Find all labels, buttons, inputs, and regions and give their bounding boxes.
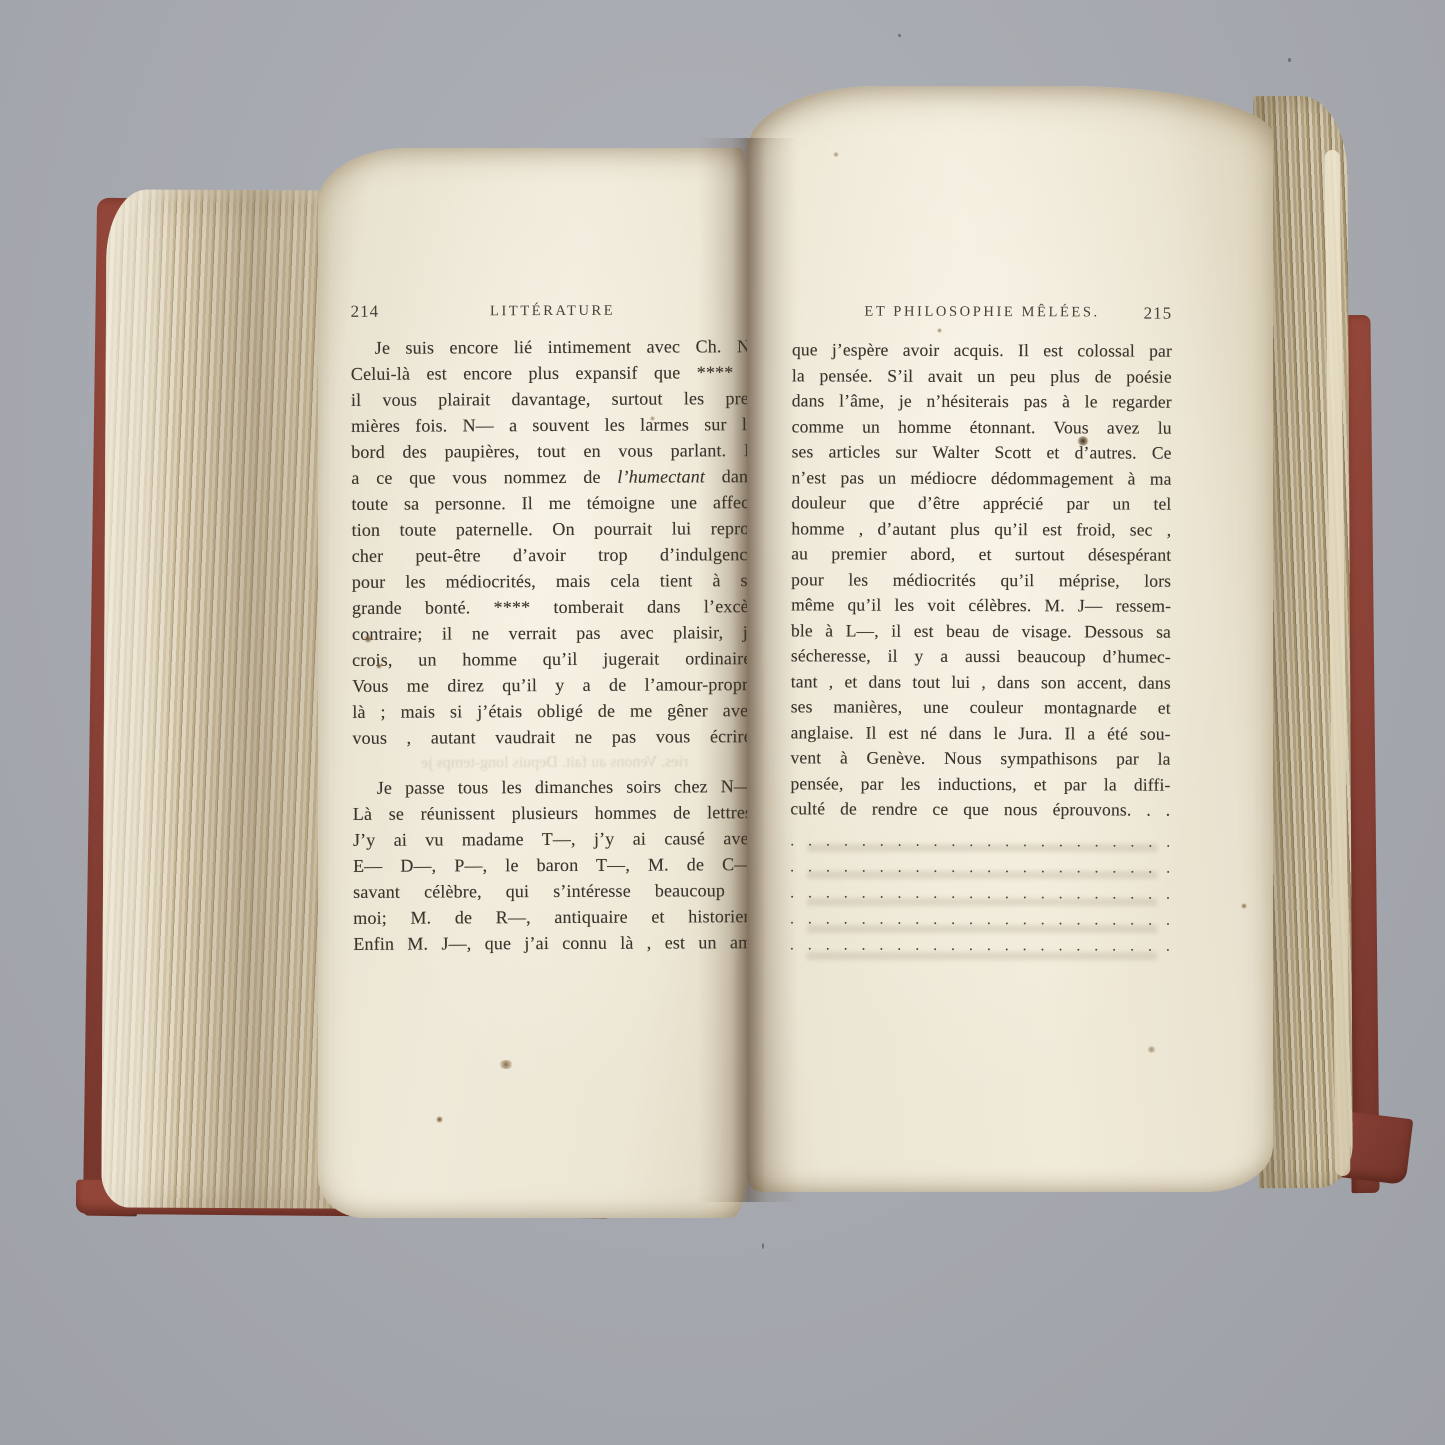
text-line: que j’espère avoir acquis. Il est coloss…: [792, 337, 1172, 364]
text-line: contraire; il ne verrait pas avec plaisi…: [352, 619, 756, 647]
foxing-spot: [498, 1060, 514, 1069]
text-line: savant célèbre, qui s’intéresse beaucoup…: [353, 877, 757, 905]
text-line: Celui-là est encore plus expansif que **…: [351, 359, 755, 387]
foxing-spot: [436, 1116, 443, 1123]
text-line: la pensée. S’il avait un peu plus de poé…: [792, 363, 1172, 390]
right-page: ET PHILOSOPHIE MÊLÉES. 215 que j’espère …: [747, 86, 1273, 1192]
photo-scene: 214 LITTÉRATURE Je suis encore lié intim…: [0, 0, 1445, 1445]
text-line: grande bonté. **** tomberait dans l’excè…: [352, 593, 756, 621]
text-line: Là se réunissent plusieurs hommes de let…: [353, 799, 757, 827]
foxing-spot: [650, 416, 655, 421]
text-line: tant , et dans tout lui , dans son accen…: [791, 669, 1171, 696]
text-line: même qu’il les voit célèbres. M. J— ress…: [791, 592, 1171, 619]
text-line: sécheresse, il y a aussi beaucoup d’hume…: [791, 643, 1171, 670]
text-line: toute sa personne. Il me témoigne une af…: [351, 489, 755, 517]
text-segment: a ce que vous nommez de: [351, 467, 617, 488]
right-page-text: ET PHILOSOPHIE MÊLÉES. 215 que j’espère …: [790, 299, 1172, 959]
text-line: douleur que d’être apprécié par un tel: [791, 490, 1171, 517]
italic-word: l’humectant: [617, 466, 705, 486]
running-title-right: ET PHILOSOPHIE MÊLÉES.: [792, 299, 1172, 326]
text-line: n’est pas un médiocre dédommagement à ma: [791, 465, 1171, 492]
dust-speck: [762, 1243, 764, 1249]
text-line: dans l’âme, je n’hésiterais pas à le reg…: [792, 388, 1172, 415]
ellipsis-row: . . . . . . . . . . . . . . . . . . . . …: [790, 932, 1170, 959]
text-line: anglaise. Il est né dans le Jura. Il a é…: [791, 720, 1171, 747]
ellipsis-row: . . . . . . . . . . . . . . . . . . . . …: [790, 880, 1170, 907]
ellipsis-row: . . . . . . . . . . . . . . . . . . . . …: [790, 906, 1170, 933]
ellipsis-row: . . . . . . . . . . . . . . . . . . . . …: [790, 828, 1170, 855]
text-line: vous , autant vaudrait ne pas vous écrir…: [352, 723, 756, 751]
paragraph-continued: que j’espère avoir acquis. Il est coloss…: [790, 337, 1172, 823]
dust-speck: [1288, 58, 1291, 62]
text-line: bord des paupières, tout en vous parlant…: [351, 437, 755, 465]
text-line-humectant: a ce que vous nommez de l’humectant dans: [351, 463, 755, 491]
foxing-spot: [937, 328, 942, 333]
left-page: 214 LITTÉRATURE Je suis encore lié intim…: [318, 148, 747, 1218]
left-running-head: 214 LITTÉRATURE: [351, 297, 755, 321]
page-edge-stack-left: [101, 189, 354, 1208]
text-line: mières fois. N— a souvent les larmes sur…: [351, 411, 755, 439]
foxing-spot: [833, 152, 839, 157]
text-line: il vous plairait davantage, surtout les …: [351, 385, 755, 413]
text-line: crois, un homme qu’il jugerait ordinaire…: [352, 645, 756, 673]
text-line: moi; M. de R—, antiquaire et historien.: [353, 903, 757, 931]
text-line: J’y ai vu madame T—, j’y ai causé avec: [353, 825, 757, 853]
text-line: homme , d’autant plus qu’il est froid, s…: [791, 516, 1171, 543]
page-number-right: 215: [1144, 301, 1173, 327]
dust-speck: [898, 34, 901, 37]
text-line: tion toute paternelle. On pourrait lui r…: [352, 515, 756, 543]
text-line: Enfin M. J—, que j’ai connu là , est un …: [353, 929, 757, 957]
paragraph-2: Je passe tous les dimanches soirs chez N…: [353, 773, 758, 957]
text-line: ses articles sur Walter Scott et d’autre…: [792, 439, 1172, 466]
text-line: vent à Genève. Nous sympathisons par la: [791, 745, 1171, 772]
foxing-spot: [376, 663, 382, 669]
ellipsis-rows: . . . . . . . . . . . . . . . . . . . . …: [790, 828, 1170, 959]
page-number-left: 214: [351, 299, 380, 325]
text-line: ble à L—, il est beau de visage. Dessous…: [791, 618, 1171, 645]
paragraph-1-cont: toute sa personne. Il me témoigne une af…: [351, 489, 756, 751]
text-line: pour les médiocrités, mais cela tient à …: [352, 567, 756, 595]
foxing-spot: [1147, 1046, 1156, 1053]
text-line: là ; mais si j’étais obligé de me gêner …: [352, 697, 756, 725]
text-line: ses manières, une couleur montagnarde et: [791, 694, 1171, 721]
ellipsis-row: . . . . . . . . . . . . . . . . . . . . …: [790, 854, 1170, 881]
paragraph-1: Je suis encore lié intimement avec Ch. N…: [351, 333, 756, 465]
bleed-through-text: ries. Venons au fait. Depuis long-temps …: [353, 751, 757, 775]
text-line: E— D—, P—, le baron T—, M. de C—,: [353, 851, 757, 879]
text-line: au premier abord, et surtout désespérant: [791, 541, 1171, 568]
text-line: Je passe tous les dimanches soirs chez N…: [353, 773, 757, 801]
text-line: pour les médiocrités qu’il méprise, lors: [791, 567, 1171, 594]
running-title-left: LITTÉRATURE: [351, 297, 755, 325]
ink-spot: [1077, 436, 1089, 446]
right-running-head: ET PHILOSOPHIE MÊLÉES. 215: [792, 299, 1172, 322]
foxing-spot: [1241, 903, 1247, 909]
text-line: Je suis encore lié intimement avec Ch. N…: [351, 333, 755, 361]
text-line: cher peut-être d’avoir trop d’indulgence: [352, 541, 756, 569]
text-line: Vous me direz qu’il y a de l’amour-propr…: [352, 671, 756, 699]
left-page-text: 214 LITTÉRATURE Je suis encore lié intim…: [351, 297, 758, 957]
text-line: culté de rendre ce que nous éprouvons. .…: [790, 796, 1170, 823]
text-line: pensée, par les inductions, et par la di…: [790, 771, 1170, 798]
foxing-spot: [364, 635, 372, 643]
text-line: comme un homme étonnant. Vous avez lu: [792, 414, 1172, 441]
